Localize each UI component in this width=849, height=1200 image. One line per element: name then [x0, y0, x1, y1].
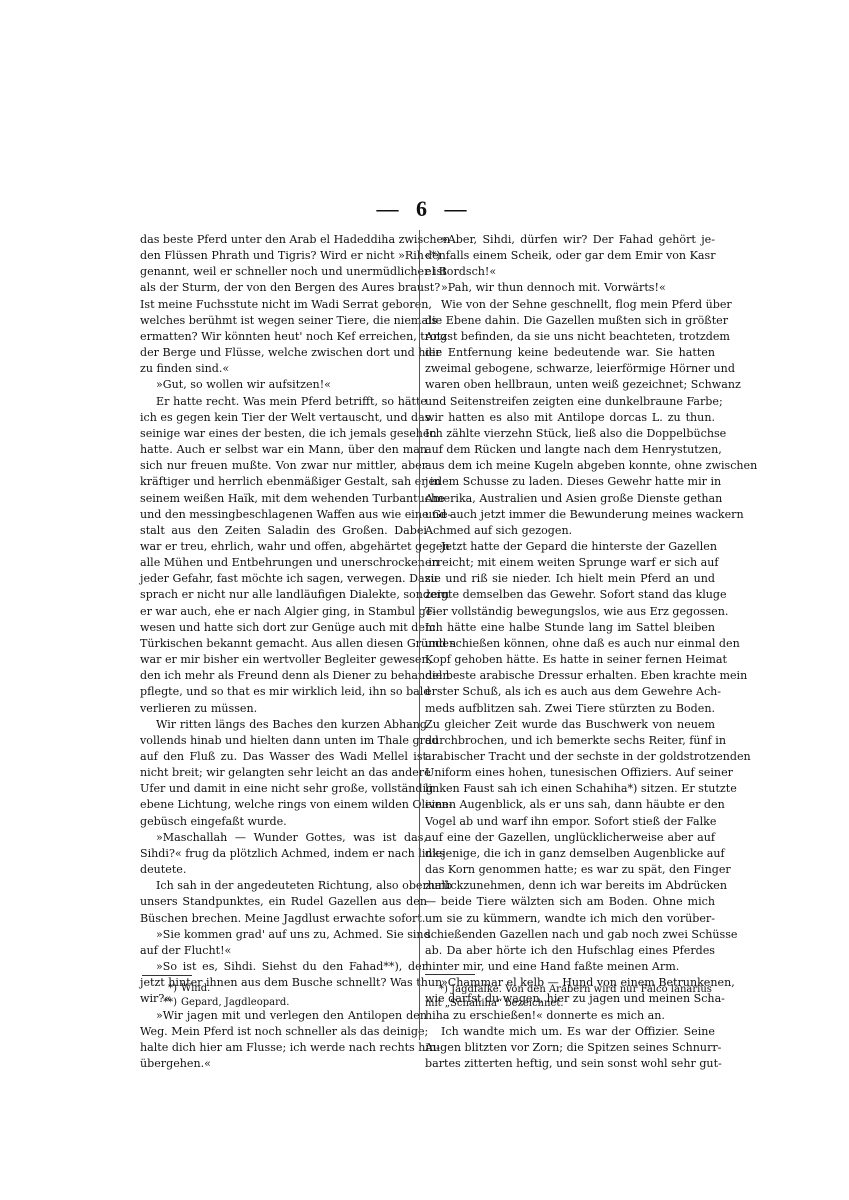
footnote-rule-right	[425, 974, 475, 975]
text-line: »Sie kommen grad' auf uns zu, Achmed. Si…	[140, 927, 427, 943]
left-text-column: das beste Pferd unter den Arab el Hadedd…	[140, 232, 427, 1072]
text-line: zeigte demselben das Gewehr. Sofort stan…	[425, 587, 715, 603]
text-line: Sihdi?« frug da plötzlich Achmed, indem …	[140, 846, 427, 862]
text-line: das beste Pferd unter den Arab el Hadedd…	[140, 232, 427, 248]
text-line: wir hatten es also mit Antilope dorcas L…	[425, 410, 715, 426]
text-line: und schießen können, ohne daß es auch nu…	[425, 636, 715, 652]
text-line: diejenige, die ich in ganz demselben Aug…	[425, 846, 715, 862]
text-line: »Wir jagen mit und verlegen den Antilope…	[140, 1008, 427, 1024]
text-line: sich nur freuen mußte. Von zwar nur mitt…	[140, 458, 427, 474]
text-line: Türkischen bekannt gemacht. Aus allen di…	[140, 636, 427, 652]
text-line: jeder Gefahr, fast möchte ich sagen, ver…	[140, 571, 427, 587]
text-line: Ist meine Fuchsstute nicht im Wadi Serra…	[140, 297, 427, 313]
text-line: die beste arabische Dressur erhalten. Eb…	[425, 668, 715, 684]
text-line: und auch jetzt immer die Bewunderung mei…	[425, 507, 715, 523]
text-line: Uniform eines hohen, tunesischen Offizie…	[425, 765, 715, 781]
text-line: Achmed auf sich gezogen.	[425, 523, 715, 539]
text-line: Er hatte recht. Was mein Pferd betrifft,…	[140, 394, 427, 410]
text-line: halte dich hier am Flusse; ich werde nac…	[140, 1040, 427, 1056]
text-line: Jetzt hatte der Gepard die hinterste der…	[425, 539, 715, 555]
text-line: zweimal gebogene, schwarze, leierförmige…	[425, 361, 715, 377]
column-divider	[419, 230, 420, 1040]
text-line: »Pah, wir thun dennoch mit. Vorwärts!«	[425, 280, 715, 296]
text-line: Ich sah in der angedeuteten Richtung, al…	[140, 878, 427, 894]
footnotes-left: *)Wind. **)Gepard, Jagdleopard.	[155, 982, 289, 1009]
text-line: die Ebene dahin. Die Gazellen mußten sic…	[425, 313, 715, 329]
text-line: einen Augenblick, als er uns sah, dann h…	[425, 797, 715, 813]
text-line: sprach er nicht nur alle landläufigen Di…	[140, 587, 427, 603]
text-line: verlieren zu müssen.	[140, 701, 427, 717]
text-line: kräftiger und herrlich ebenmäßiger Gesta…	[140, 474, 427, 490]
text-line: Vogel ab und warf ihn empor. Sofort stie…	[425, 814, 715, 830]
text-line: arabischer Tracht und der sechste in der…	[425, 749, 715, 765]
text-line: stalt aus den Zeiten Saladin des Großen.…	[140, 523, 427, 539]
right-text-column: »Aber, Sihdi, dürfen wir? Der Fahad gehö…	[425, 232, 715, 1072]
text-line: Amerika, Australien und Asien große Dien…	[425, 491, 715, 507]
text-line: — beide Tiere wälzten sich am Boden. Ohn…	[425, 894, 715, 910]
text-line: Ich zählte vierzehn Stück, ließ also die…	[425, 426, 715, 442]
text-line: genannt, weil er schneller noch und uner…	[140, 264, 427, 280]
text-line: zu finden sind.«	[140, 361, 427, 377]
text-line: der Berge und Flüsse, welche zwischen do…	[140, 345, 427, 361]
page-number: — 6 —	[0, 196, 849, 222]
footnote: *) Jagdfalke. Von den Arabern wird nur F…	[425, 983, 715, 1010]
text-line: vollends hinab und hielten dann unten im…	[140, 733, 427, 749]
text-line: das Korn genommen hatte; es war zu spät,…	[425, 862, 715, 878]
text-line: unsers Standpunktes, ein Rudel Gazellen …	[140, 894, 427, 910]
text-line: um sie zu kümmern, wandte ich mich den v…	[425, 911, 715, 927]
text-line: die Entfernung keine bedeutende war. Sie…	[425, 345, 715, 361]
text-line: sie und riß sie nieder. Ich hielt mein P…	[425, 571, 715, 587]
text-line: linken Faust sah ich einen Schahiha*) si…	[425, 781, 715, 797]
text-line: welches berühmt ist wegen seiner Tiere, …	[140, 313, 427, 329]
text-line: ermatten? Wir könnten heut' noch Kef err…	[140, 329, 427, 345]
text-line: Augen blitzten vor Zorn; die Spitzen sei…	[425, 1040, 715, 1056]
text-line: »Aber, Sihdi, dürfen wir? Der Fahad gehö…	[425, 232, 715, 248]
text-line: »Maschallah — Wunder Gottes, was ist das…	[140, 830, 427, 846]
text-line: seinem weißen Haïk, mit dem wehenden Tur…	[140, 491, 427, 507]
text-line: el Bordsch!«	[425, 264, 715, 280]
text-line: Wie von der Sehne geschnellt, flog mein …	[425, 297, 715, 313]
text-line: und den messingbeschlagenen Waffen aus w…	[140, 507, 427, 523]
text-line: »Gut, so wollen wir aufsitzen!«	[140, 377, 427, 393]
text-line: nicht breit; wir gelangten sehr leicht a…	[140, 765, 427, 781]
text-line: auf der Flucht!«	[140, 943, 427, 959]
text-line: Zu gleicher Zeit wurde das Buschwerk von…	[425, 717, 715, 733]
text-line: denfalls einem Scheik, oder gar dem Emir…	[425, 248, 715, 264]
text-line: durchbrochen, und ich bemerkte sechs Rei…	[425, 733, 715, 749]
text-line: den Flüssen Phrath und Tigris? Wird er n…	[140, 248, 427, 264]
text-line: auf dem Rücken und langte nach dem Henry…	[425, 442, 715, 458]
text-line: Ufer und damit in eine nicht sehr große,…	[140, 781, 427, 797]
text-line: auf den Fluß zu. Das Wasser des Wadi Mel…	[140, 749, 427, 765]
text-line: und Seitenstreifen zeigten eine dunkelbr…	[425, 394, 715, 410]
text-line: »So ist es, Sihdi. Siehst du den Fahad**…	[140, 959, 427, 975]
text-line: auf eine der Gazellen, unglücklicherweis…	[425, 830, 715, 846]
text-line: den ich mehr als Freund denn als Diener …	[140, 668, 427, 684]
text-line: Weg. Mein Pferd ist noch schneller als d…	[140, 1024, 427, 1040]
footnote: *)Wind.	[155, 982, 289, 996]
text-line: war er mir bisher ein wertvoller Begleit…	[140, 652, 427, 668]
text-line: Ich hätte eine halbe Stunde lang im Satt…	[425, 620, 715, 636]
text-line: war er treu, ehrlich, wahr und offen, ab…	[140, 539, 427, 555]
footnote-rule-left	[142, 975, 192, 976]
text-line: zurückzunehmen, denn ich war bereits im …	[425, 878, 715, 894]
text-line: er war auch, ehe er nach Algier ging, in…	[140, 604, 427, 620]
text-line: Tier vollständig bewegungslos, wie aus E…	[425, 604, 715, 620]
text-line: Wir ritten längs des Baches den kurzen A…	[140, 717, 427, 733]
text-line: Ich wandte mich um. Es war der Offizier.…	[425, 1024, 715, 1040]
text-line: ich es gegen kein Tier der Welt vertausc…	[140, 410, 427, 426]
text-line: übergehen.«	[140, 1056, 427, 1072]
text-line: bartes zitterten heftig, und sein sonst …	[425, 1056, 715, 1072]
text-line: hinter mir, und eine Hand faßte meinen A…	[425, 959, 715, 975]
text-line: alle Mühen und Entbehrungen und unerschr…	[140, 555, 427, 571]
text-line: jedem Schusse zu laden. Dieses Gewehr ha…	[425, 474, 715, 490]
text-line: pflegte, und so that es mir wirklich lei…	[140, 684, 427, 700]
text-line: erreicht; mit einem weiten Sprunge warf …	[425, 555, 715, 571]
text-line: meds aufblitzen sah. Zwei Tiere stürzten…	[425, 701, 715, 717]
text-line: erster Schuß, als ich es auch aus dem Ge…	[425, 684, 715, 700]
text-line: schießenden Gazellen nach und gab noch z…	[425, 927, 715, 943]
footnotes-right: *) Jagdfalke. Von den Arabern wird nur F…	[425, 983, 715, 1010]
text-line: deutete.	[140, 862, 427, 878]
text-line: seinige war eines der besten, die ich je…	[140, 426, 427, 442]
text-line: waren oben hellbraun, unten weiß gezeich…	[425, 377, 715, 393]
footnote: **)Gepard, Jagdleopard.	[155, 996, 289, 1010]
text-line: wesen und hatte sich dort zur Genüge auc…	[140, 620, 427, 636]
text-line: aus dem ich meine Kugeln abgeben konnte,…	[425, 458, 715, 474]
text-line: Kopf gehoben hätte. Es hatte in seiner f…	[425, 652, 715, 668]
text-line: hatte. Auch er selbst war ein Mann, über…	[140, 442, 427, 458]
text-line: Angst befinden, da sie uns nicht beachte…	[425, 329, 715, 345]
text-line: Büschen brechen. Meine Jagdlust erwachte…	[140, 911, 427, 927]
text-line: gebüsch eingefaßt wurde.	[140, 814, 427, 830]
text-line: ab. Da aber hörte ich den Hufschlag eine…	[425, 943, 715, 959]
text-line: ebene Lichtung, welche rings von einem w…	[140, 797, 427, 813]
text-line: als der Sturm, der von den Bergen des Au…	[140, 280, 427, 296]
